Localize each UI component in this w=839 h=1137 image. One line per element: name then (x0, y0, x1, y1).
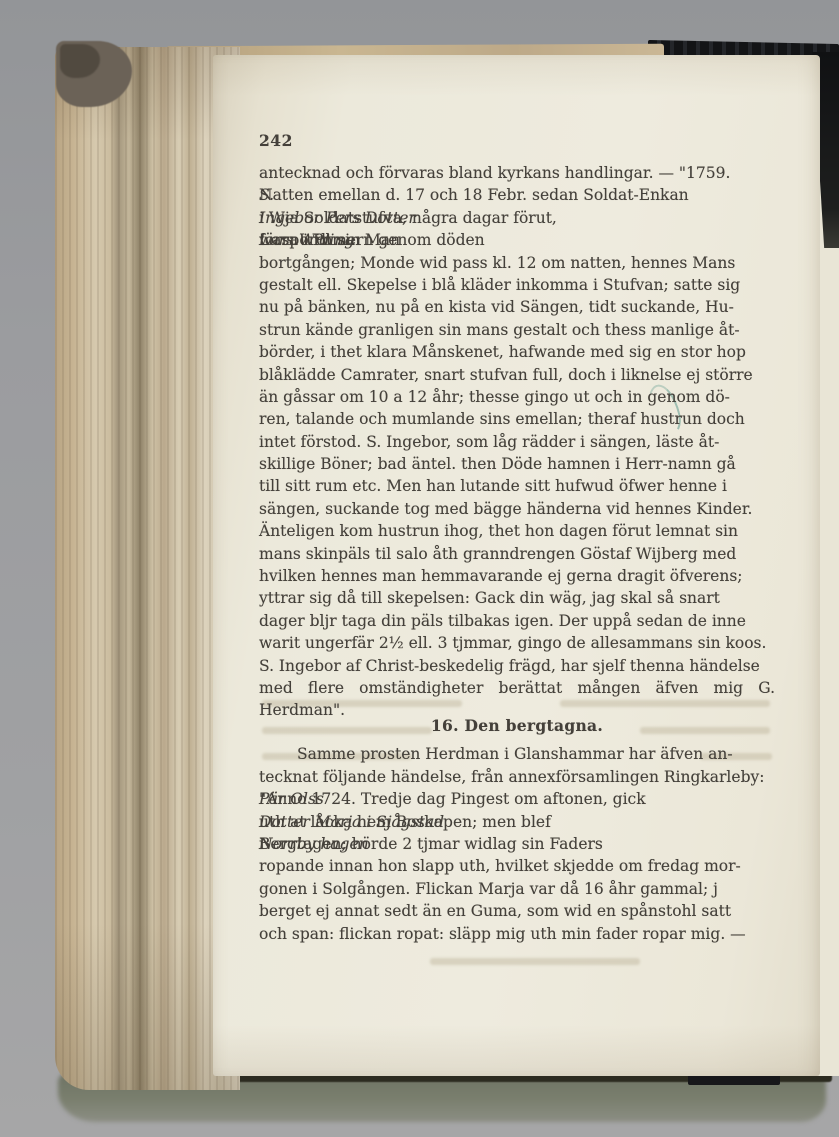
text-segment: nu på bänken, nu på en kista vid Sängen,… (259, 296, 734, 318)
text-line: i Norrby hagen Bergtagen; hörde 2 tjmar … (259, 833, 775, 855)
text-segment: intet förstod. S. Ingebor, som låg rädde… (259, 431, 719, 453)
text-segment: och span: flickan ropat: släpp mig uth m… (259, 923, 746, 945)
text-segment: blåklädde Camrater, snart stufvan full, … (259, 364, 753, 386)
text-line: förspordt sin Man Lars Widing wara i Pom… (259, 229, 775, 251)
text-segment: Samme prosten Herdman i Glanshammar har … (297, 743, 733, 765)
text-line: bortgången; Monde wid pass kl. 12 om nat… (259, 252, 775, 274)
text-line: till sitt rum etc. Men han lutande sitt … (259, 475, 775, 497)
text-line: och span: flickan ropat: släpp mig uth m… (259, 923, 775, 945)
text-line: ropande innan hon slapp uth, hvilket skj… (259, 855, 775, 877)
text-line: blåklädde Camrater, snart stufvan full, … (259, 364, 775, 386)
text-line: dager bljr taga din päls tilbakas igen. … (259, 610, 775, 632)
text-line: Dotter Marja i Sjågstad uth at låcka hem… (259, 811, 775, 833)
italic-text-segment: S. (259, 184, 274, 206)
text-segment: ropande innan hon slapp uth, hvilket skj… (259, 855, 741, 877)
text-segment: dager bljr taga din päls tilbakas igen. … (259, 610, 746, 632)
text-line: hvilken hennes man hemmavarande ej gerna… (259, 565, 775, 587)
text-line: gonen i Solgången. Flickan Marja var då … (259, 878, 775, 900)
text-segment: bortgången; Monde wid pass kl. 12 om nat… (259, 252, 735, 274)
text-segment: gestalt ell. Skepelse i blå kläder inkom… (259, 274, 740, 296)
text-segment: tecknat följande händelse, från annexför… (259, 766, 764, 788)
text-segment: i Wja Soldatstufva, några dagar förut, (259, 207, 557, 229)
text-segment: börder, i thet klara Månskenet, hafwande… (259, 341, 746, 363)
text-segment: strun kände granligen sin mans gestalt o… (259, 319, 740, 341)
book-page: 242 antecknad och förvaras bland kyrkans… (213, 55, 820, 1076)
text-line: gestalt ell. Skepelse i blå kläder inkom… (259, 274, 775, 296)
text-segment: skillige Böner; bad äntel. then Döde ham… (259, 453, 736, 475)
text-segment: yttrar sig då till skepelsen: Gack din w… (259, 587, 720, 609)
text-segment: warit ungerfär 2½ ell. 3 tjmmar, gingo d… (259, 632, 766, 654)
text-line: "Anno 1724. Tredje dag Pingest om aftone… (259, 788, 775, 810)
text-segment: Bergtagen; hörde 2 tjmar widlag sin Fade… (259, 833, 603, 855)
text-line: med flere omständigheter berättat mången… (259, 677, 775, 699)
book-photo: 242 antecknad och förvaras bland kyrkans… (0, 0, 839, 1137)
text-line: ren, talande och mumlande sins emellan; … (259, 408, 775, 430)
text-segment: antecknad och förvaras bland kyrkans han… (259, 162, 730, 184)
italic-text-segment: Pär Olss (259, 788, 324, 810)
text-line: S. Ingebor af Christ-beskedelig frägd, h… (259, 655, 775, 677)
bleed-through-smudge (430, 958, 640, 965)
body-text: antecknad och förvaras bland kyrkans han… (259, 162, 775, 945)
text-segment: S. Ingebor af Christ-beskedelig frägd, h… (259, 655, 760, 677)
text-line: antecknad och förvaras bland kyrkans han… (259, 162, 775, 184)
text-segment: wara i Pomern genom döden (259, 229, 485, 251)
page-number: 242 (259, 131, 293, 150)
text-line: tecknat följande händelse, från annexför… (259, 766, 775, 788)
text-segment: mans skinpäls til salo åth granndrengen … (259, 543, 736, 565)
text-line: skillige Böner; bad äntel. then Döde ham… (259, 453, 775, 475)
text-line: än gåssar om 10 a 12 åhr; thesse gingo u… (259, 386, 775, 408)
text-line: Ingebor Pers Dotter i Wja Soldatstufva, … (259, 207, 775, 229)
text-segment: sängen, suckande tog med bägge händerna … (259, 498, 752, 520)
text-line: börder, i thet klara Månskenet, hafwande… (259, 341, 775, 363)
text-line: Änteligen kom hustrun ihog, thet hon dag… (259, 520, 775, 542)
text-segment: än gåssar om 10 a 12 åhr; thesse gingo u… (259, 386, 730, 408)
text-segment: till sitt rum etc. Men han lutande sitt … (259, 475, 727, 497)
paragraph-den-bergtagna: Samme prosten Herdman i Glanshammar har … (259, 743, 775, 945)
text-segment: Natten emellan d. 17 och 18 Febr. sedan … (259, 184, 689, 206)
text-line: Natten emellan d. 17 och 18 Febr. sedan … (259, 184, 775, 206)
text-line: yttrar sig då till skepelsen: Gack din w… (259, 587, 775, 609)
text-segment: hvilken hennes man hemmavarande ej gerna… (259, 565, 743, 587)
text-line: Samme prosten Herdman i Glanshammar har … (259, 743, 775, 765)
text-segment: ren, talande och mumlande sins emellan; … (259, 408, 745, 430)
text-line: berget ej annat sedt än en Guma, som wid… (259, 900, 775, 922)
text-line: intet förstod. S. Ingebor, som låg rädde… (259, 431, 775, 453)
text-segment: uth at låcka hem Boskapen; men blef (259, 811, 551, 833)
text-segment: Änteligen kom hustrun ihog, thet hon dag… (259, 520, 738, 542)
text-segment: gonen i Solgången. Flickan Marja var då … (259, 878, 718, 900)
text-segment: berget ej annat sedt än en Guma, som wid… (259, 900, 731, 922)
text-line: warit ungerfär 2½ ell. 3 tjmmar, gingo d… (259, 632, 775, 654)
text-line: strun kände granligen sin mans gestalt o… (259, 319, 775, 341)
text-line: mans skinpäls til salo åth granndrengen … (259, 543, 775, 565)
section-heading: 16. Den bergtagna. (259, 715, 775, 737)
text-line: sängen, suckande tog med bägge händerna … (259, 498, 775, 520)
text-line: nu på bänken, nu på en kista vid Sängen,… (259, 296, 775, 318)
paragraph-soldat-enkan: antecknad och förvaras bland kyrkans han… (259, 162, 775, 699)
